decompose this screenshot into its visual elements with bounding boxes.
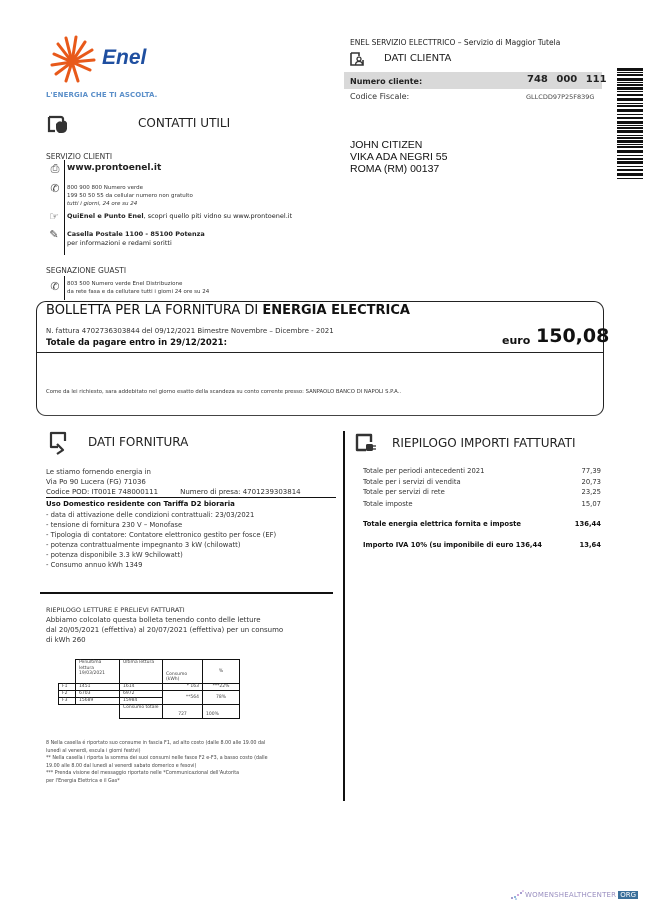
amount-label: Totale per servizi di rete: [363, 488, 445, 496]
amount-label: Totale energia elettrica fornita e impos…: [363, 520, 521, 528]
ultima: 1614: [120, 684, 163, 691]
letture-desc-line: Abbiamo colcolato questa bolleta tenendo…: [46, 615, 283, 625]
phone-line: 199 50 50 55 da cellular numero non grat…: [67, 192, 193, 200]
table-row-total: Consumo totale 727 100%: [59, 705, 240, 719]
readings-table: Penultima lettura 19/03/2021 Ultima lett…: [58, 659, 240, 719]
consumo: **564: [163, 691, 203, 705]
due-date-label: Totale da pagare entro in 29/12/2021:: [46, 338, 227, 348]
header-penultima: Penultima lettura 19/03/2021: [76, 660, 120, 684]
total-label: Consumo totale: [120, 705, 163, 719]
postal-note: per informazioni e redami soritti: [67, 239, 205, 248]
phone-numbers: 800 900 800 Numero verde 199 50 50 55 da…: [67, 184, 193, 208]
letture-description: Abbiamo colcolato questa bolleta tenendo…: [46, 615, 283, 645]
supply-detail: - Tipologia di contatore: Contatore elet…: [46, 530, 276, 540]
fascia: F2: [59, 691, 76, 698]
guasti-line: 803 500 Numero verde Enel Distribuzione: [67, 280, 209, 288]
customer-name: JOHN CITIZEN: [350, 139, 447, 151]
website-link[interactable]: www.prontoenel.it: [67, 163, 161, 173]
riepilogo-importi-title: RIEPILOGO IMPORTI FATTURATI: [392, 436, 576, 450]
supply-detail: - data di attivazione delle condizioni c…: [46, 510, 276, 520]
amount-value: 15,07: [582, 500, 601, 508]
amount-row: Totale per i servizi di vendita20,73: [363, 478, 601, 486]
phone-line: 800 900 800 Numero verde: [67, 184, 193, 192]
arrow-box-icon: [48, 431, 70, 455]
dati-cliente-title: DATI CLIENTA: [384, 53, 451, 64]
guasti-line: da rete fasa e da cellutare tutti i giom…: [67, 288, 209, 296]
hand-touch-icon: [46, 113, 68, 135]
watermark: WOMENSHEALTHCENTER ORG: [510, 890, 638, 900]
total-value: 727: [163, 705, 203, 719]
brand-tagline: L'ENERGIA CHE TI ASCOLTA.: [46, 91, 157, 99]
quienel-text: , scopri quello piti vidno su www.pronto…: [144, 212, 293, 220]
amount-label: Totale per periodi antecedenti 2021: [363, 467, 484, 475]
amount-value: 136,44: [575, 520, 601, 528]
codice-fiscale-value: GLLCDD97P25F839G: [526, 93, 594, 101]
divider: [46, 497, 336, 498]
total-amount: 150,08: [536, 325, 609, 347]
guasti-label: SEGNAZIONE GUASTI: [46, 266, 126, 275]
ultima: 15984: [120, 698, 163, 705]
amount-row: Totale per periodi antecedenti 202177,39: [363, 467, 601, 475]
dati-fornitura-title: DATI FORNITURA: [88, 435, 188, 449]
customer-street: VIKA ADA NEGRI 55: [350, 151, 447, 163]
consumo: * 163: [163, 684, 203, 691]
dots-icon: [510, 890, 524, 900]
pointing-hand-icon: ☞: [47, 210, 61, 223]
footnote: per l'Energia Elettrica e il Gas*: [46, 778, 268, 786]
amount-row: Totale imposte15,07: [363, 500, 601, 508]
divider: [40, 592, 333, 594]
footnotes: 8 Nella casella é riportato suo consume …: [46, 740, 268, 785]
supply-line: Le stiamo fornendo energia in: [46, 467, 301, 477]
amount-row: Totale per servizi di rete23,25: [363, 488, 601, 496]
user-card-icon: [350, 52, 364, 66]
postal-address: Casella Postale 1100 - 85100 Potenza: [67, 230, 205, 239]
supply-detail: - tensione di fornitura 230 V – Monofase: [46, 520, 276, 530]
letture-desc-line: di kWh 260: [46, 635, 283, 645]
letture-desc-line: dal 20/05/2021 (effettiva) al 20/07/2021…: [46, 625, 283, 635]
footnote: 8 Nella casella é riportato suo consume …: [46, 740, 268, 748]
supply-address: Le stiamo fornendo energia in Via Po 90 …: [46, 467, 301, 497]
invoice-number: N. fattura 4702736303844 del 09/12/2021 …: [46, 327, 334, 335]
amount-row: Totale energia elettrica fornita e impos…: [363, 520, 601, 528]
phone-icon: ✆: [48, 182, 62, 195]
fascia: F1: [59, 684, 76, 691]
pct: 78%: [203, 691, 240, 705]
footnote: lunedì al venerdi, escula i giorni festi…: [46, 748, 268, 756]
customer-city: ROMA (RM) 00137: [350, 163, 447, 175]
supply-detail: - Consumo annuo kWh 1349: [46, 560, 276, 570]
total-pct: 100%: [203, 705, 240, 719]
fascia: F3: [59, 698, 76, 705]
column-divider: [343, 431, 345, 801]
header-ultima: Ultima lettura: [120, 660, 163, 684]
enel-logo: Enel: [48, 34, 158, 84]
guasti-numbers: 803 500 Numero verde Enel Distribuzione …: [67, 280, 209, 296]
direct-debit-note: Come da lei richiesto, sara addebitato n…: [46, 389, 401, 395]
amount-label: Totale per i servizi di vendita: [363, 478, 461, 486]
letture-title: RIEPILOGO LETTURE E PRELIEVI FATTURATI: [46, 606, 185, 614]
amount-value: 20,73: [582, 478, 601, 486]
pod-code: Codice POD: IT001E 748000111: [46, 488, 158, 496]
table-row: F2 6703 6972 **564 78%: [59, 691, 240, 698]
amount-label: Importo IVA 10% (su imponibile di euro 1…: [363, 541, 542, 549]
currency-label: euro: [502, 334, 530, 347]
penultima: 6703: [76, 691, 120, 698]
amount-value: 13,64: [580, 541, 602, 549]
header-pct: %: [203, 660, 240, 684]
table-row: F1 1451 1614 * 163 ***22%: [59, 684, 240, 691]
phone-hours: tutti i giorni, 24 ore su 24: [67, 200, 193, 208]
supply-codes: Codice POD: IT001E 748000111Numero di pr…: [46, 487, 301, 497]
tariff-type: Uso Domestico residente con Tariffa D2 b…: [46, 500, 235, 508]
amount-value: 77,39: [582, 467, 601, 475]
postal-info: Casella Postale 1100 - 85100 Potenza per…: [67, 230, 205, 248]
watermark-suffix: ORG: [618, 891, 638, 899]
footnote: 19.00 alle 8.00 dal lunedi al venerdi sa…: [46, 763, 268, 771]
pen-icon: ✎: [47, 228, 61, 241]
quienel-info: QuiEnel e Punto Enel, scopri quello piti…: [67, 212, 292, 221]
divider: [36, 352, 604, 353]
bill-title-bold: ENERGIA ELECTRICA: [262, 303, 410, 318]
amount-value: 23,25: [582, 488, 601, 496]
pct: ***22%: [203, 684, 240, 691]
bill-title: BOLLETTA PER LA FORNITURA DI ENERGIA ELE…: [46, 303, 410, 318]
barcode: [617, 68, 643, 180]
penultima: 15689: [76, 698, 120, 705]
watermark-text: WOMENSHEALTHCENTER: [525, 891, 616, 899]
supply-detail: - potenza contrattualmente impegnanto 3 …: [46, 540, 276, 550]
service-title: ENEL SERVIZIO ELECTTRICO – Servizio di M…: [350, 38, 560, 47]
header-consumo: Consumo (kWh): [163, 660, 203, 684]
presa-number: Numero di presa: 4701239303814: [180, 488, 301, 496]
bill-title-regular: BOLLETTA PER LA FORNITURA DI: [46, 303, 262, 318]
divider: [64, 160, 65, 255]
amount-row: Importo IVA 10% (su imponibile di euro 1…: [363, 541, 601, 549]
ultima: 6972: [120, 691, 163, 698]
bill-summary-box: [36, 301, 604, 416]
contatti-title: CONTATTI UTILI: [138, 116, 230, 130]
numero-cliente-label: Numero cliente:: [350, 77, 422, 86]
footnote: ** Nella casella i riporta la somma dei …: [46, 755, 268, 763]
plug-device-icon: [354, 433, 376, 453]
quienel-label: QuiEnel e Punto Enel: [67, 212, 144, 220]
supply-detail: - potenza disponibile 3.3 kW 9chilowatt): [46, 550, 276, 560]
customer-address: JOHN CITIZEN VIKA ADA NEGRI 55 ROMA (RM)…: [350, 139, 447, 175]
supply-details: - data di attivazione delle condizioni c…: [46, 510, 276, 570]
phone-icon: ✆: [48, 280, 62, 293]
divider: [64, 276, 65, 300]
servizio-clienti-label: SERVIZIO CLIENTI: [46, 152, 112, 161]
penultima: 1451: [76, 684, 120, 691]
svg-text:Enel: Enel: [102, 46, 148, 69]
numero-cliente-value: 748 000 111: [527, 74, 607, 85]
codice-fiscale-label: Codice Fiscale:: [350, 92, 409, 101]
amount-label: Totale imposte: [363, 500, 413, 508]
footnote: *** Prenda visione del messaggio riporta…: [46, 770, 268, 778]
supply-line: Via Po 90 Lucera (FG) 71036: [46, 477, 301, 487]
mouse-icon: ⎙: [48, 162, 62, 176]
